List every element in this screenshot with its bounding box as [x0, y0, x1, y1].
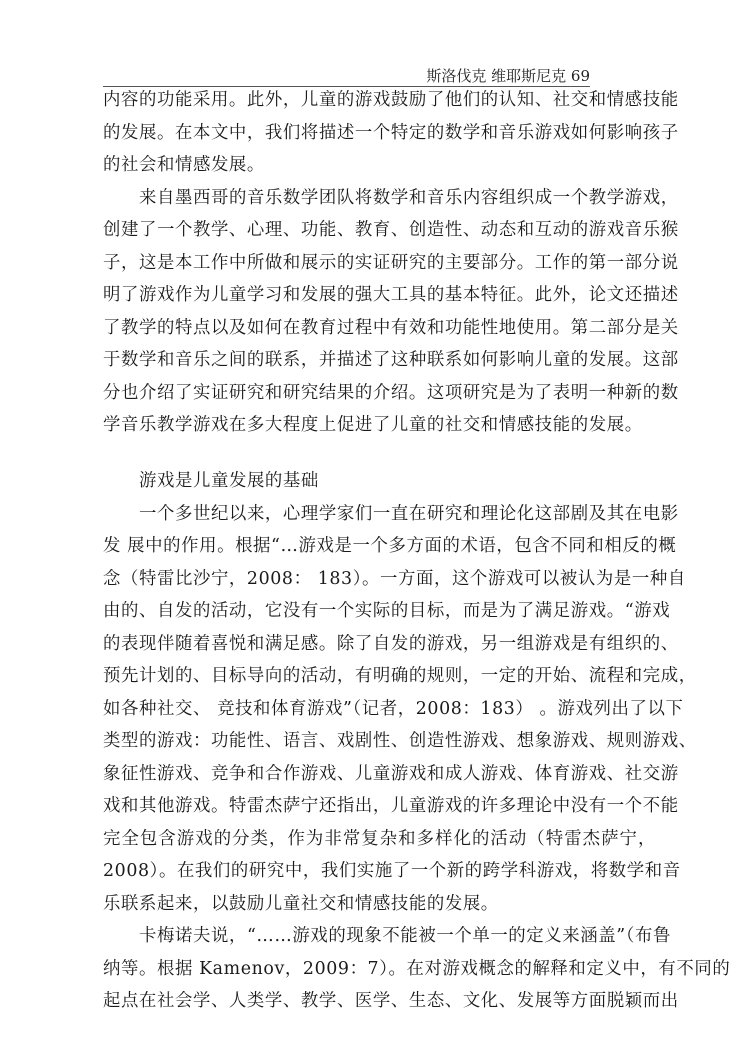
text-line: 一个多世纪以来，心理学家们一直在研究和理论化这部剧及其在电影 [103, 502, 656, 526]
text-line: 卡梅诺夫说，“……游戏的现象不能被一个单一的定义来涵盖”（布鲁 [103, 924, 656, 948]
text-line: 学音乐教学游戏在多大程度上促进了儿童的社交和情感技能的发展。 [103, 413, 656, 437]
text-line: 完全包含游戏的分类，作为非常复杂和多样化的活动（特雷杰萨宁， [103, 827, 656, 851]
text-line: 的发展。在本文中，我们将描述一个特定的数学和音乐游戏如何影响孩子 [103, 121, 656, 145]
text-line: 类型的游戏：功能性、语言、戏剧性、创造性游戏、想象游戏、规则游戏、 [103, 729, 656, 753]
document-page: 斯洛伐克 维耶斯尼克 69 内容的功能采用。此外，儿童的游戏鼓励了他们的认知、社… [0, 0, 749, 1058]
text-line: 发 展中的作用。根据“…游戏是一个多方面的术语，包含不同和相反的概 [103, 534, 656, 558]
text-line: 了教学的特点以及如何在教育过程中有效和功能性地使用。第二部分是关 [103, 316, 656, 340]
text-line: 纳等。根据 Kamenov，2009：7）。在对游戏概念的解释和定义中，有不同的 [103, 957, 656, 981]
text-line: 象征性游戏、竞争和合作游戏、儿童游戏和成人游戏、体育游戏、社交游 [103, 762, 656, 786]
text-line: 内容的功能采用。此外，儿童的游戏鼓励了他们的认知、社交和情感技能 [103, 88, 656, 112]
text-line: 2008）。在我们的研究中，我们实施了一个新的跨学科游戏，将数学和音 [103, 859, 656, 883]
text-line: 如各种社交、 竞技和体育游戏”（记者，2008：183） 。游戏列出了以下 [103, 697, 656, 721]
section-heading: 游戏是儿童发展的基础 [103, 469, 656, 493]
text-line: 分也介绍了实证研究和研究结果的介绍。这项研究是为了表明一种新的数 [103, 381, 656, 405]
text-line: 创建了一个教学、心理、功能、教育、创造性、动态和互动的游戏音乐猴 [103, 218, 656, 242]
text-line: 乐联系起来，以鼓励儿童社交和情感技能的发展。 [103, 892, 656, 916]
text-line: 于数学和音乐之间的联系，并描述了这种联系如何影响儿童的发展。这部 [103, 348, 656, 372]
text-line: 念（特雷比沙宁，2008： 183）。一方面，这个游戏可以被认为是一种自 [103, 567, 656, 591]
text-line: 来自墨西哥的音乐数学团队将数学和音乐内容组织成一个教学游戏， [103, 186, 656, 210]
text-line: 的表现伴随着喜悦和满足感。除了自发的游戏，另一组游戏是有组织的、 [103, 632, 656, 656]
text-line: 明了游戏作为儿童学习和发展的强大工具的基本特征。此外，论文还描述 [103, 283, 656, 307]
text-line: 的社会和情感发展。 [103, 153, 656, 177]
text-line: 预先计划的、目标导向的活动，有明确的规则，一定的开始、流程和完成， [103, 664, 656, 688]
running-head: 斯洛伐克 维耶斯尼克 69 [103, 66, 590, 87]
text-line: 起点在社会学、人类学、教学、医学、生态、文化、发展等方面脱颖而出 [103, 989, 656, 1013]
text-line: 戏和其他游戏。特雷杰萨宁还指出，儿童游戏的许多理论中没有一个不能 [103, 794, 656, 818]
text-line: 由的、自发的活动，它没有一个实际的目标，而是为了满足游戏。“游戏 [103, 599, 656, 623]
text-line: 子，这是本工作中所做和展示的实证研究的主要部分。工作的第一部分说 [103, 251, 656, 275]
